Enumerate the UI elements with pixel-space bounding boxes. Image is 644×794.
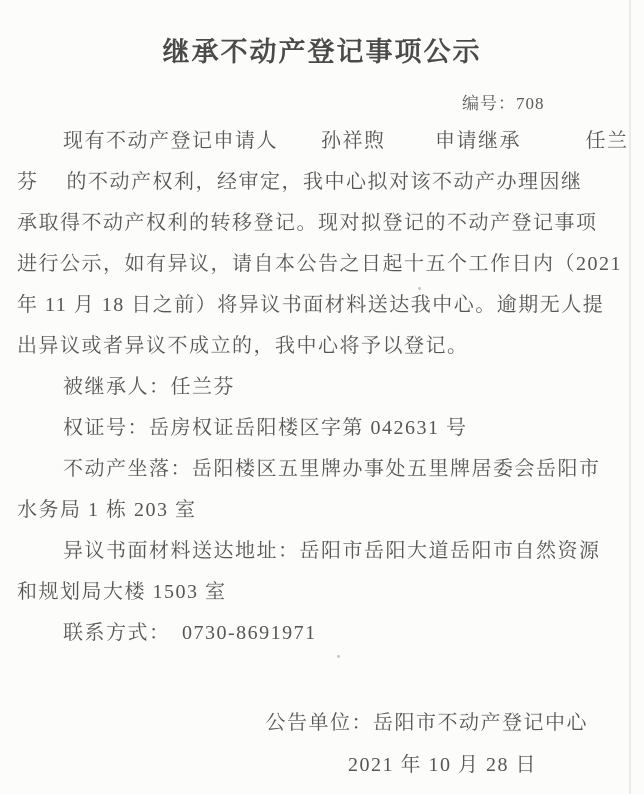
scan-artifact-line: [629, 0, 631, 794]
field-decedent: 被继承人：任兰芬: [17, 367, 633, 408]
issuer-line: 公告单位：岳阳市不动产登记中心: [266, 711, 589, 735]
body-line: 进行公示，如有异议，请自本公告之日起十五个工作日内（2021: [17, 244, 633, 285]
field-contact-phone: 联系方式： 0730-8691971: [17, 613, 633, 654]
body-line: 现有不动产登记申请人 孙祥煦 申请继承 任兰: [17, 121, 633, 162]
body-line: 年 11 月 18 日之前）将异议书面材料送达我中心。逾期无人提: [17, 285, 633, 326]
body-line: 出异议或者异议不成立的，我中心将予以登记。: [17, 326, 633, 367]
scanned-notice-page: 继承不动产登记事项公示 编号：708 现有不动产登记申请人 孙祥煦 申请继承 任…: [0, 0, 644, 794]
field-property-location-cont: 水务局 1 栋 203 室: [17, 490, 633, 531]
body-line: 芬 的不动产权利，经审定，我中心拟对该不动产办理因继: [17, 162, 633, 203]
doc-number: 编号：708: [462, 93, 545, 115]
body-line: 承取得不动产权利的转移登记。现对拟登记的不动产登记事项: [17, 203, 633, 244]
field-property-location: 不动产坐落：岳阳楼区五里牌办事处五里牌居委会岳阳市: [17, 449, 633, 490]
scan-speck: [337, 655, 340, 658]
field-objection-address-cont: 和规划局大楼 1503 室: [17, 572, 633, 613]
notice-body: 现有不动产登记申请人 孙祥煦 申请继承 任兰 芬 的不动产权利，经审定，我中心拟…: [17, 121, 633, 654]
field-certificate-number: 权证号：岳房权证岳阳楼区字第 042631 号: [17, 408, 633, 449]
date-line: 2021 年 10 月 28 日: [348, 753, 537, 777]
page-title: 继承不动产登记事项公示: [0, 36, 644, 68]
scan-speck: [418, 287, 421, 290]
field-objection-address: 异议书面材料送达地址：岳阳市岳阳大道岳阳市自然资源: [17, 531, 633, 572]
